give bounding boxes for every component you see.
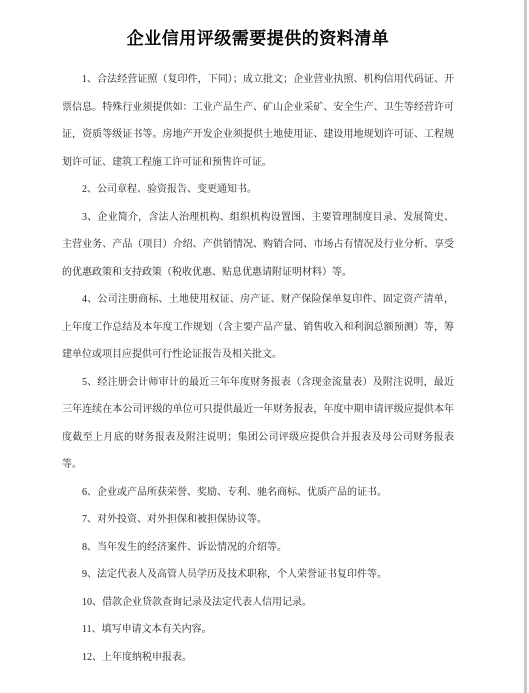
page-edge-divider	[524, 0, 527, 693]
paragraph-4: 4、公司注册商标、土地使用权证、房产证、财产保险保单复印件、固定资产清单，上年度…	[62, 286, 454, 369]
paragraph-8: 8、当年发生的经济案件、诉讼情况的介绍等。	[62, 534, 454, 562]
paragraph-3: 3、企业简介，含法人治理机构、组织机构设置图、主要管理制度目录、发展简史、主营业…	[62, 204, 454, 287]
page-title: 企业信用评级需要提供的资料清单	[62, 26, 454, 52]
paragraph-9: 9、法定代表人及高管人员学历及技术职称，个人荣誉证书复印件等。	[62, 561, 454, 589]
paragraph-6: 6、企业或产品所获荣誉、奖励、专利、驰名商标、优质产品的证书。	[62, 479, 454, 507]
paragraph-12: 12、上年度纳税申报表。	[62, 644, 454, 672]
paragraph-1: 1、合法经营证照（复印件，下同）；成立批文；企业营业执照、机构信用代码证、开票信…	[62, 66, 454, 176]
paragraph-11: 11、填写申请文本有关内容。	[62, 616, 454, 644]
paragraph-10: 10、借款企业贷款查询记录及法定代表人信用记录。	[62, 589, 454, 617]
paragraph-5: 5、经注册会计师审计的最近三年年度财务报表（含现金流量表）及附注说明，最近三年连…	[62, 369, 454, 479]
document-page: 企业信用评级需要提供的资料清单 1、合法经营证照（复印件，下同）；成立批文；企业…	[0, 0, 529, 693]
paragraph-2: 2、公司章程、验资报告、变更通知书。	[62, 176, 454, 204]
paragraph-7: 7、对外投资、对外担保和被担保协议等。	[62, 506, 454, 534]
